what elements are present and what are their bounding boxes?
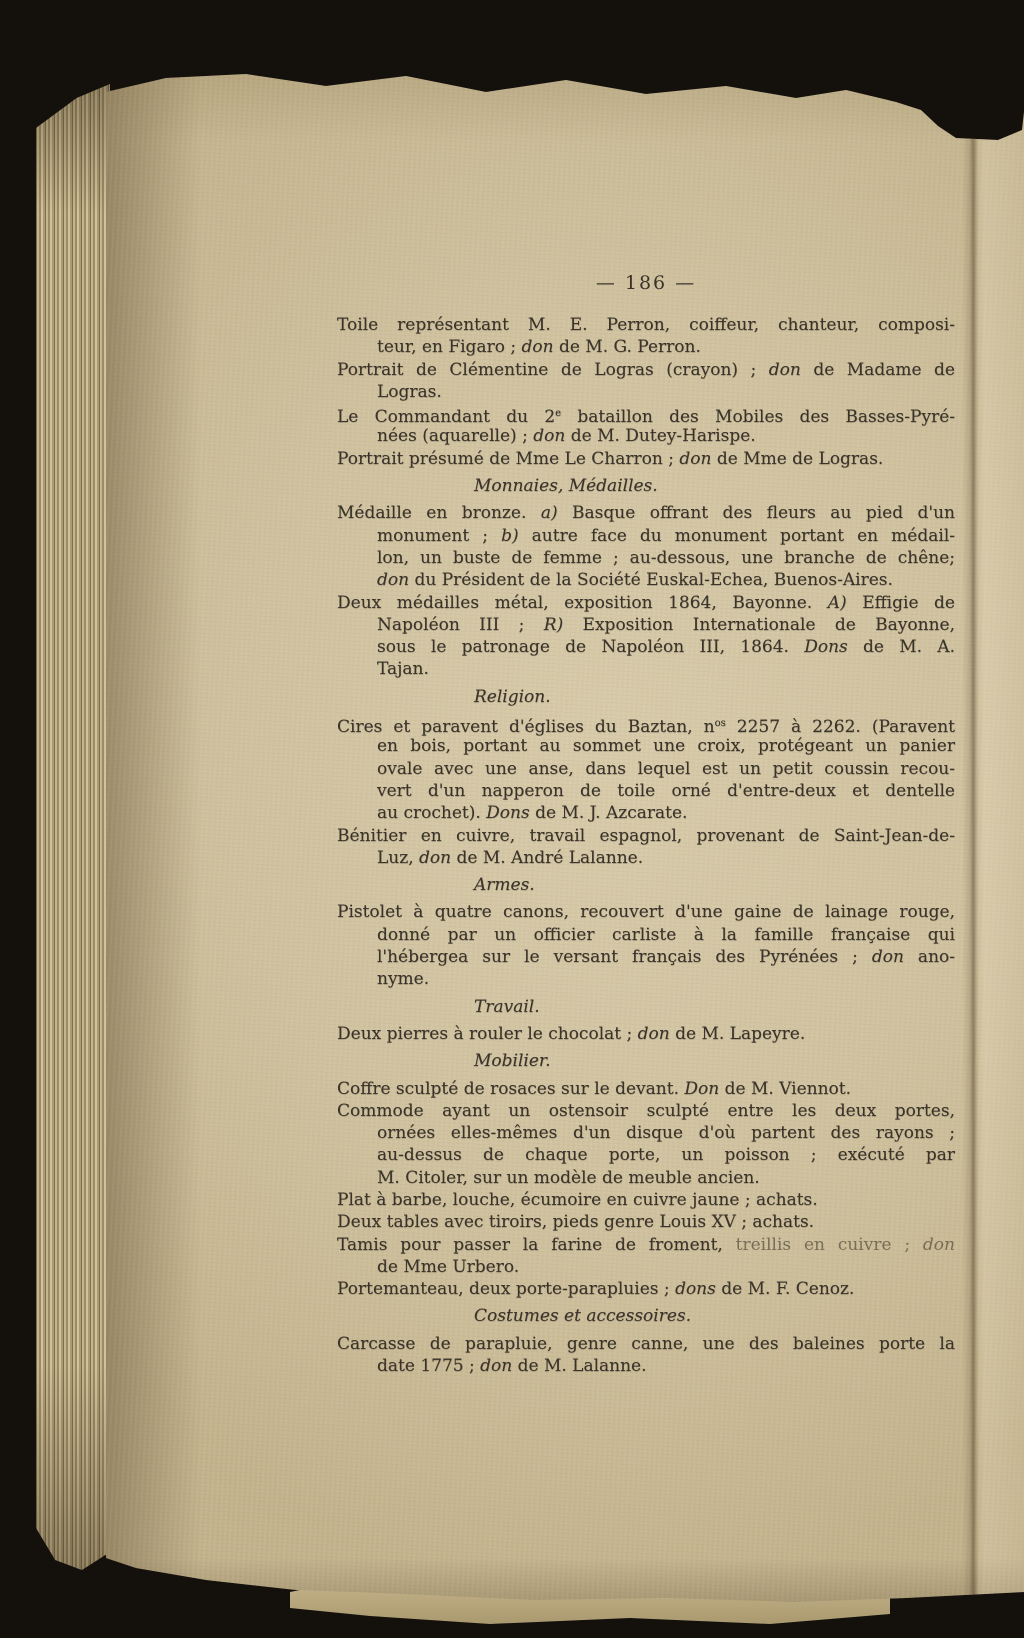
text-segment: Le Commandant du 2 [337,407,555,427]
text-line: au-dessus de chaque porte, un poisson ; … [337,1144,955,1166]
text-line: sous le patronage de Napoléon III, 1864.… [337,636,955,658]
text-segment: Portrait présumé de Mme Le Charron ; [337,449,679,469]
catalog-entry: Pistolet à quatre canons, recouvert d'un… [337,901,955,990]
text-segment: Médaille en bronze. [337,503,541,523]
text-line: M. Citoler, sur un modèle de meuble anci… [337,1167,955,1189]
text-line: Portrait présumé de Mme Le Charron ; don… [337,448,955,470]
text-segment: nyme. [377,969,429,989]
section-heading: Costumes et accessoires. [474,1305,955,1327]
text-segment: de M. J. Azcarate. [530,803,688,823]
text-segment: ovale avec une anse, dans lequel est un … [377,759,955,779]
text-segment: nées (aquarelle) ; [377,426,533,446]
text-line: vert d'un napperon de toile orné d'entre… [337,780,955,802]
page-fold-right-area [978,62,1024,1606]
text-segment: Effigie de [847,593,955,613]
text-line: Portrait de Clémentine de Logras (crayon… [337,359,955,381]
text-segment: don [521,337,553,357]
text-segment: Dons [486,803,530,823]
catalog-entry: Portemanteau, deux porte-parapluies ; do… [337,1278,955,1300]
text-segment: donné par un officier carliste à la fami… [377,925,955,945]
text-segment: R) [544,615,563,635]
catalog-entry: Cires et paravent d'églises du Baztan, n… [337,713,955,824]
text-line: Plat à barbe, louche, écumoire en cuivre… [337,1189,955,1211]
text-segment: Deux médailles métal, exposition 1864, B… [337,593,828,613]
text-segment: Dons [804,637,848,657]
catalog-entry: Tamis pour passer la farine de froment, … [337,1234,955,1279]
text-segment: de M. A. [848,637,955,657]
text-segment: de Mme Urbero. [377,1257,519,1277]
section-heading: Religion. [474,686,955,708]
text-segment: de M. Lapeyre. [670,1024,806,1044]
text-line: ovale avec une anse, dans lequel est un … [337,758,955,780]
text-segment: Deux pierres à rouler le chocolat ; [337,1024,638,1044]
text-segment: l'hébergea sur le versant français des P… [377,947,872,967]
text-line: don du Président de la Société Euskal-Ec… [337,569,955,591]
text-line: nées (aquarelle) ; don de M. Dutey-Haris… [337,425,955,447]
text-segment: Don [684,1079,719,1099]
text-segment: de M. Dutey-Harispe. [565,426,755,446]
text-segment: don [480,1356,512,1376]
text-line: Deux médailles métal, exposition 1864, B… [337,592,955,614]
text-line: monument ; b) autre face du monument por… [337,525,955,547]
section-heading: Mobilier. [474,1050,955,1072]
text-segment: don [923,1235,955,1255]
catalog-entry: Médaille en bronze. a) Basque offrant de… [337,502,955,591]
page-number: — 186 — [337,272,955,294]
text-segment: autre face du monument portant en médail… [519,526,955,546]
text-segment: Carcasse de parapluie, genre canne, une … [337,1334,955,1354]
text-segment: Luz, [377,848,419,868]
text-segment: don [872,947,904,967]
text-segment: de Madame de [801,360,955,380]
text-segment: Bénitier en cuivre, travail espagnol, pr… [337,826,955,846]
text-line: en bois, portant au sommet une croix, pr… [337,735,955,757]
text-segment: de M. G. Perron. [554,337,701,357]
text-segment: b) [501,526,519,546]
text-segment: Tamis pour passer la farine de froment, [337,1235,736,1255]
catalog-entry: Plat à barbe, louche, écumoire en cuivre… [337,1189,955,1211]
text-segment: Portrait de Clémentine de Logras (crayon… [337,360,769,380]
text-segment: Plat à barbe, louche, écumoire en cuivre… [337,1190,818,1210]
text-segment: ano- [904,947,955,967]
text-segment: de Mme de Logras. [711,449,883,469]
text-line: donné par un officier carliste à la fami… [337,924,955,946]
text-segment: vert d'un napperon de toile orné d'entre… [377,781,955,801]
text-segment: lon, un buste de femme ; au-dessous, une… [377,548,955,568]
text-segment: Deux tables avec tiroirs, pieds genre Lo… [337,1212,814,1232]
text-line: Commode ayant un ostensoir sculpté entre… [337,1100,955,1122]
section-heading: Travail. [474,996,955,1018]
text-segment: en bois, portant au sommet une croix, pr… [377,736,955,756]
text-segment: A) [828,593,847,613]
text-line: l'hébergea sur le versant français des P… [337,946,955,968]
catalog-entry: Carcasse de parapluie, genre canne, une … [337,1333,955,1378]
text-line: Bénitier en cuivre, travail espagnol, pr… [337,825,955,847]
text-segment: bataillon des Mobiles des Basses-Pyré- [561,407,955,427]
text-line: Luz, don de M. André Lalanne. [337,847,955,869]
text-line: teur, en Figaro ; don de M. G. Perron. [337,336,955,358]
text-segment: don [533,426,565,446]
text-segment: de M. F. Cenoz. [716,1279,855,1299]
text-segment: a) [541,503,558,523]
text-segment: Commode ayant un ostensoir sculpté entre… [337,1101,955,1121]
text-segment: Cires et paravent d'églises du Baztan, n [337,717,715,737]
text-line: Logras. [337,381,955,403]
text-line: Toile représentant M. E. Perron, coiffeu… [337,314,955,336]
text-segment: Napoléon III ; [377,615,544,635]
text-segment: Tajan. [377,659,429,679]
text-segment: monument ; [377,526,501,546]
scanned-book-photo: — 186 — Toile représentant M. E. Perron,… [0,0,1024,1638]
text-line: de Mme Urbero. [337,1256,955,1278]
text-block: Toile représentant M. E. Perron, coiffeu… [337,314,955,1377]
catalog-entry: Coffre sculpté de rosaces sur le devant.… [337,1078,955,1100]
catalog-entry: Deux tables avec tiroirs, pieds genre Lo… [337,1211,955,1233]
book-page-186: — 186 — Toile représentant M. E. Perron,… [106,62,1024,1606]
text-line: nyme. [337,968,955,990]
text-segment: Pistolet à quatre canons, recouvert d'un… [337,902,955,922]
text-segment: Coffre sculpté de rosaces sur le devant. [337,1079,684,1099]
text-segment: 2257 à 2262. (Paravent [726,717,955,737]
text-segment: treillis en cuivre ; [736,1235,923,1255]
text-segment: Toile représentant M. E. Perron, coiffeu… [337,315,955,335]
text-segment: don [769,360,801,380]
text-line: au crochet). Dons de M. J. Azcarate. [337,802,955,824]
text-line: Pistolet à quatre canons, recouvert d'un… [337,901,955,923]
text-segment: Portemanteau, deux porte-parapluies ; [337,1279,675,1299]
text-line: date 1775 ; don de M. Lalanne. [337,1355,955,1377]
section-heading: Armes. [474,874,955,896]
text-segment: don [419,848,451,868]
page-fold-crease [962,62,984,1606]
text-segment: don [377,570,409,590]
text-line: Napoléon III ; R) Exposition Internation… [337,614,955,636]
text-line: Portemanteau, deux porte-parapluies ; do… [337,1278,955,1300]
text-line: Deux tables avec tiroirs, pieds genre Lo… [337,1211,955,1233]
catalog-entry: Toile représentant M. E. Perron, coiffeu… [337,314,955,359]
text-segment: de M. André Lalanne. [451,848,643,868]
catalog-entry: Portrait de Clémentine de Logras (crayon… [337,359,955,404]
text-line: Médaille en bronze. a) Basque offrant de… [337,502,955,524]
text-segment: au crochet). [377,803,486,823]
text-segment: M. Citoler, sur un modèle de meuble anci… [377,1168,760,1188]
text-line: Coffre sculpté de rosaces sur le devant.… [337,1078,955,1100]
text-line: Cires et paravent d'églises du Baztan, n… [337,713,955,735]
text-segment: Logras. [377,382,442,402]
text-line: ornées elles-mêmes d'un disque d'où part… [337,1122,955,1144]
text-segment: Exposition Internationale de Bayonne, [563,615,955,635]
text-segment: dons [675,1279,716,1299]
text-line: lon, un buste de femme ; au-dessous, une… [337,547,955,569]
text-segment: date 1775 ; [377,1356,480,1376]
catalog-entry: Bénitier en cuivre, travail espagnol, pr… [337,825,955,870]
text-line: Deux pierres à rouler le chocolat ; don … [337,1023,955,1045]
text-segment: au-dessus de chaque porte, un poisson ; … [377,1145,955,1165]
text-segment: don [679,449,711,469]
text-line: Tamis pour passer la farine de froment, … [337,1234,955,1256]
catalog-entry: Le Commandant du 2e bataillon des Mobile… [337,403,955,448]
page-stack-edge [36,84,110,1586]
catalog-entry: Portrait présumé de Mme Le Charron ; don… [337,448,955,470]
text-segment: sous le patronage de Napoléon III, 1864. [377,637,804,657]
text-line: Carcasse de parapluie, genre canne, une … [337,1333,955,1355]
catalog-entry: Deux pierres à rouler le chocolat ; don … [337,1023,955,1045]
text-segment: de M. Lalanne. [512,1356,646,1376]
catalog-entry: Commode ayant un ostensoir sculpté entre… [337,1100,955,1189]
text-segment: teur, en Figaro ; [377,337,521,357]
section-heading: Monnaies, Médailles. [474,475,955,497]
text-segment: don [638,1024,670,1044]
text-segment: os [715,718,726,729]
text-segment: de M. Viennot. [719,1079,851,1099]
text-segment: Basque offrant des fleurs au pied d'un [558,503,955,523]
text-line: Le Commandant du 2e bataillon des Mobile… [337,403,955,425]
catalog-entry: Deux médailles métal, exposition 1864, B… [337,592,955,681]
text-segment: du Président de la Société Euskal-Echea,… [409,570,893,590]
text-line: Tajan. [337,658,955,680]
text-segment: ornées elles-mêmes d'un disque d'où part… [377,1123,955,1143]
